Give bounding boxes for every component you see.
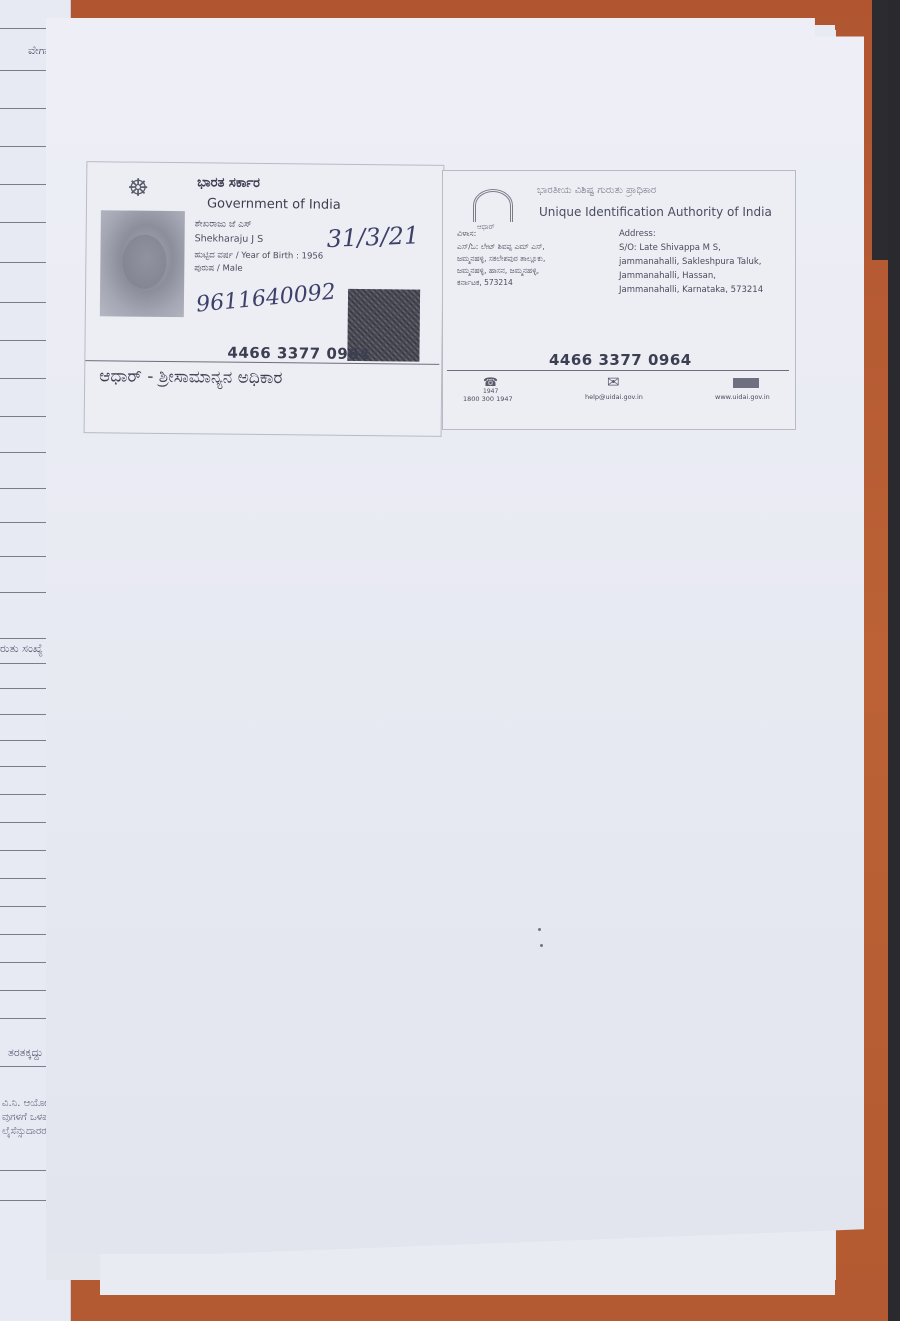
book-fragment: ವುಗಳಗೆ ಒಳಪ [2, 1112, 49, 1123]
header-english: Government of India [207, 196, 341, 212]
uidai-header: Unique Identification Authority of India [539, 205, 772, 219]
aadhaar-fingerprint-logo-icon [473, 189, 513, 222]
book-fragment: ತರತಕ್ಕದ್ದು [8, 1046, 43, 1060]
national-emblem-icon: ☸ [125, 171, 151, 205]
uidai-header-kannada: ಭಾರತೀಯ ವಿಶಿಷ್ಟ ಗುರುತು ಪ್ರಾಧಿಕಾರ [537, 185, 656, 196]
help-email: help@uidai.gov.in [585, 393, 643, 401]
logo-label: ಆಧಾರ್ [477, 223, 495, 232]
header-kannada: ಭಾರತ ಸರ್ಕಾರ [197, 175, 260, 191]
handwritten-date: 31/3/21 [326, 221, 420, 253]
gender: ಪುರುಷ / Male [194, 263, 242, 274]
aadhaar-number: 4466 3377 0964 [227, 344, 370, 363]
tagline: ಆಧಾರ್ - ಶ್ರೀಸಾಮಾನ್ಯನ ಅಧಿಕಾರ [99, 366, 282, 388]
address-label-kannada: ವಿಳಾಸ: [457, 229, 476, 239]
helpline-number: 1800 300 1947 [463, 395, 513, 403]
web-icon [733, 378, 759, 388]
speck [538, 928, 541, 931]
website: www.uidai.gov.in [715, 393, 770, 401]
cardholder-photo [100, 210, 185, 317]
address-kannada: ಎಸ್/ಓ: ಲೇಟ್ ಶಿವಪ್ಪ ಎಮ್ ಎಸ್, ಜಮ್ಮನಹಳ್ಳಿ, … [457, 241, 545, 289]
aadhaar-card-back: ಆಧಾರ್ ಭಾರತೀಯ ವಿಶಿಷ್ಟ ಗುರುತು ಪ್ರಾಧಿಕಾರ Un… [442, 170, 796, 430]
year-of-birth: ಹುಟ್ಟಿದ ವರ್ಷ / Year of Birth : 1956 [194, 250, 323, 261]
book-fragment: ಲೈಸೆನ್ಸುದಾರರು [2, 1126, 50, 1137]
handwritten-phone: 9611640092 [195, 279, 337, 317]
phone-icon: ☎ [483, 375, 498, 389]
aadhaar-card-front: ☸ ಭಾರತ ಸರ್ಕಾರ Government of India ಶೇಖರಾಜ… [84, 161, 445, 437]
mail-icon: ✉ [607, 373, 620, 391]
speck [540, 944, 543, 947]
cardholder-name: Shekharaju J S [195, 233, 264, 245]
name-kannada: ಶೇಖರಾಜು ಜೆ ಎಸ್ [195, 219, 252, 230]
background-edge [888, 0, 900, 1321]
address-label: Address: [619, 229, 656, 239]
address: S/O: Late Shivappa M S, jammanahalli, Sa… [619, 241, 763, 297]
aadhaar-number: 4466 3377 0964 [549, 351, 692, 369]
tollfree-label: 1947 [483, 388, 498, 395]
book-fragment: ರುತು ಸಂಖ್ಯೆ [0, 642, 43, 656]
divider [447, 370, 789, 371]
